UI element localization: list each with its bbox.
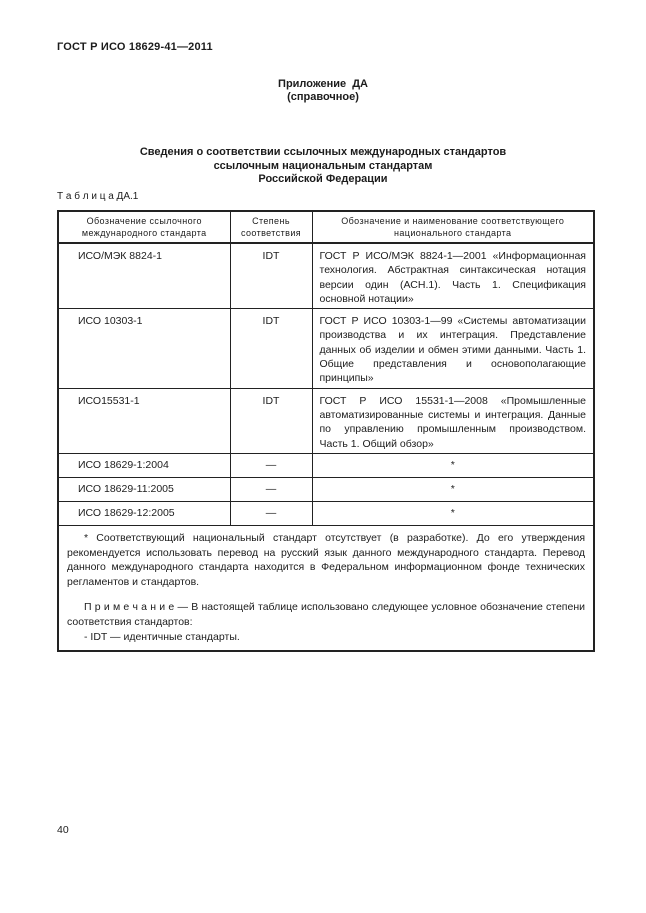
table-footnote-row: * Соответствующий национальный стандарт … — [58, 525, 594, 651]
page-title-line-3: Российской Федерации — [0, 173, 646, 187]
cell-national: * — [312, 501, 594, 525]
table-row: ИСО 18629-12:2005 — * — [58, 501, 594, 525]
table-row: ИСО 18629-11:2005 — * — [58, 477, 594, 501]
table-caption: Т а б л и ц а ДА.1 — [57, 191, 138, 202]
standards-correspondence-table: Обозначение ссылочного международного ст… — [57, 210, 595, 652]
appendix-subtitle: (справочное) — [0, 91, 646, 104]
table-header-row: Обозначение ссылочного международного ст… — [58, 211, 594, 243]
cell-standard: ИСО 10303-1 — [58, 309, 230, 388]
cell-degree: — — [230, 501, 312, 525]
cell-standard: ИСО 18629-12:2005 — [58, 501, 230, 525]
page-number: 40 — [57, 824, 69, 836]
document-page: ГОСТ Р ИСО 18629-41—2011 Приложение ДА (… — [0, 0, 646, 913]
table-row: ИСО15531-1 IDT ГОСТ Р ИСО 15531-1—2008 «… — [58, 388, 594, 453]
page-title-line-2: ссылочным национальным стандартам — [0, 160, 646, 174]
table-header: Обозначение ссылочного международного ст… — [58, 211, 594, 243]
doc-number: ГОСТ Р ИСО 18629-41—2011 — [57, 41, 213, 53]
cell-degree: IDT — [230, 309, 312, 388]
table-row: ИСО/МЭК 8824-1 IDT ГОСТ Р ИСО/МЭК 8824-1… — [58, 243, 594, 309]
note-item-idt: - IDT — идентичные стандарты. — [84, 630, 585, 645]
note-label: П р и м е ч а н и е — [84, 601, 174, 613]
cell-national: ГОСТ Р ИСО/МЭК 8824-1—2001 «Информационн… — [312, 243, 594, 309]
cell-national: * — [312, 453, 594, 477]
column-header-degree: Степень соответствия — [230, 211, 312, 243]
cell-national: ГОСТ Р ИСО 15531-1—2008 «Промышленные ав… — [312, 388, 594, 453]
page-title-line-1: Сведения о соответствии ссылочных междун… — [0, 146, 646, 160]
cell-degree: — — [230, 477, 312, 501]
page-title: Сведения о соответствии ссылочных междун… — [0, 146, 646, 187]
cell-standard: ИСО/МЭК 8824-1 — [58, 243, 230, 309]
column-header-international-standard: Обозначение ссылочного международного ст… — [58, 211, 230, 243]
table-note: П р и м е ч а н и е — В настоящей таблиц… — [67, 600, 585, 630]
table-row: ИСО 10303-1 IDT ГОСТ Р ИСО 10303-1—99 «С… — [58, 309, 594, 388]
footnote-text: * Соответствующий национальный стандарт … — [67, 531, 585, 590]
cell-national: ГОСТ Р ИСО 10303-1—99 «Системы автоматиз… — [312, 309, 594, 388]
cell-standard: ИСО 18629-11:2005 — [58, 477, 230, 501]
cell-national: * — [312, 477, 594, 501]
cell-standard: ИСО15531-1 — [58, 388, 230, 453]
appendix-heading: Приложение ДА (справочное) — [0, 78, 646, 104]
footnote-cell: * Соответствующий национальный стандарт … — [58, 525, 594, 651]
cell-standard: ИСО 18629-1:2004 — [58, 453, 230, 477]
appendix-title: Приложение ДА — [0, 78, 646, 91]
cell-degree: IDT — [230, 243, 312, 309]
column-header-national-standard: Обозначение и наименование соответствующ… — [312, 211, 594, 243]
table-row: ИСО 18629-1:2004 — * — [58, 453, 594, 477]
cell-degree: IDT — [230, 388, 312, 453]
cell-degree: — — [230, 453, 312, 477]
